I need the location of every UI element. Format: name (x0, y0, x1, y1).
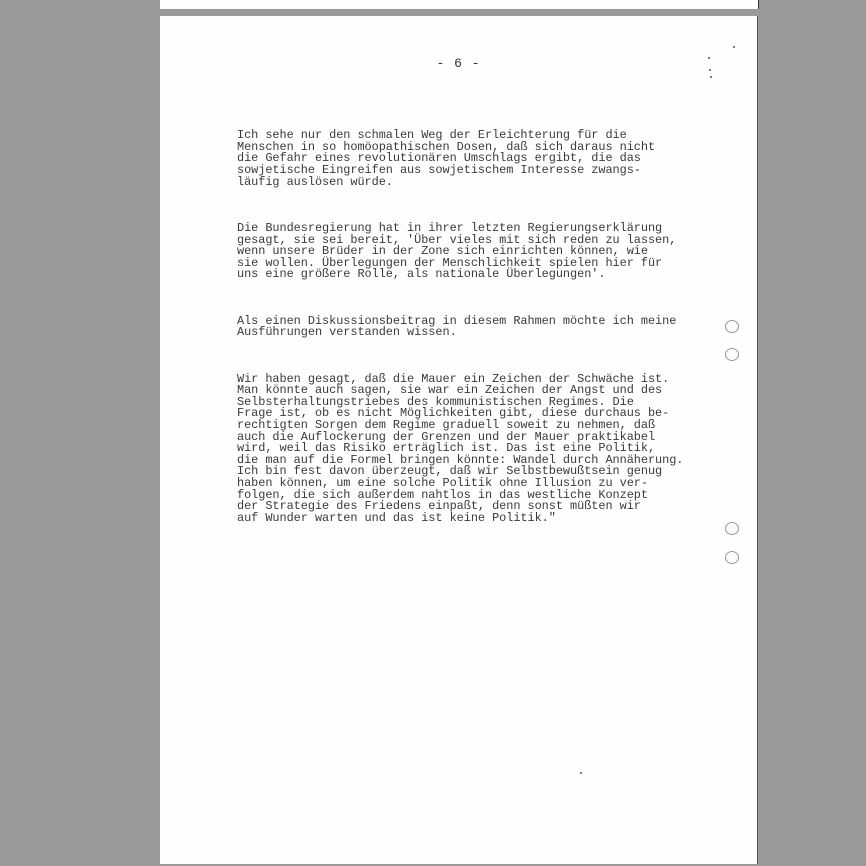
paragraph-4: Wir haben gesagt, daß die Mauer ein Zeic… (237, 374, 737, 525)
paragraph-3: Als einen Diskussionsbeitrag in diesem R… (237, 316, 737, 339)
scan-speck (709, 69, 711, 71)
paragraph-2: Die Bundesregierung hat in ihrer letzten… (237, 223, 737, 281)
document-page: - 6 - Ich sehe nur den schmalen Weg der … (160, 16, 758, 864)
punch-hole-icon (725, 522, 739, 535)
scan-speck (708, 57, 710, 59)
punch-hole-icon (725, 348, 739, 361)
scan-speck (580, 772, 582, 774)
previous-page-bottom (160, 0, 759, 9)
punch-hole-icon (725, 320, 739, 333)
page-body-text: Ich sehe nur den schmalen Weg der Erleic… (237, 107, 737, 559)
punch-hole-icon (725, 551, 739, 564)
page-number: - 6 - (160, 56, 757, 71)
scan-speck (733, 46, 735, 48)
paragraph-1: Ich sehe nur den schmalen Weg der Erleic… (237, 130, 737, 188)
scan-speck (710, 76, 712, 78)
